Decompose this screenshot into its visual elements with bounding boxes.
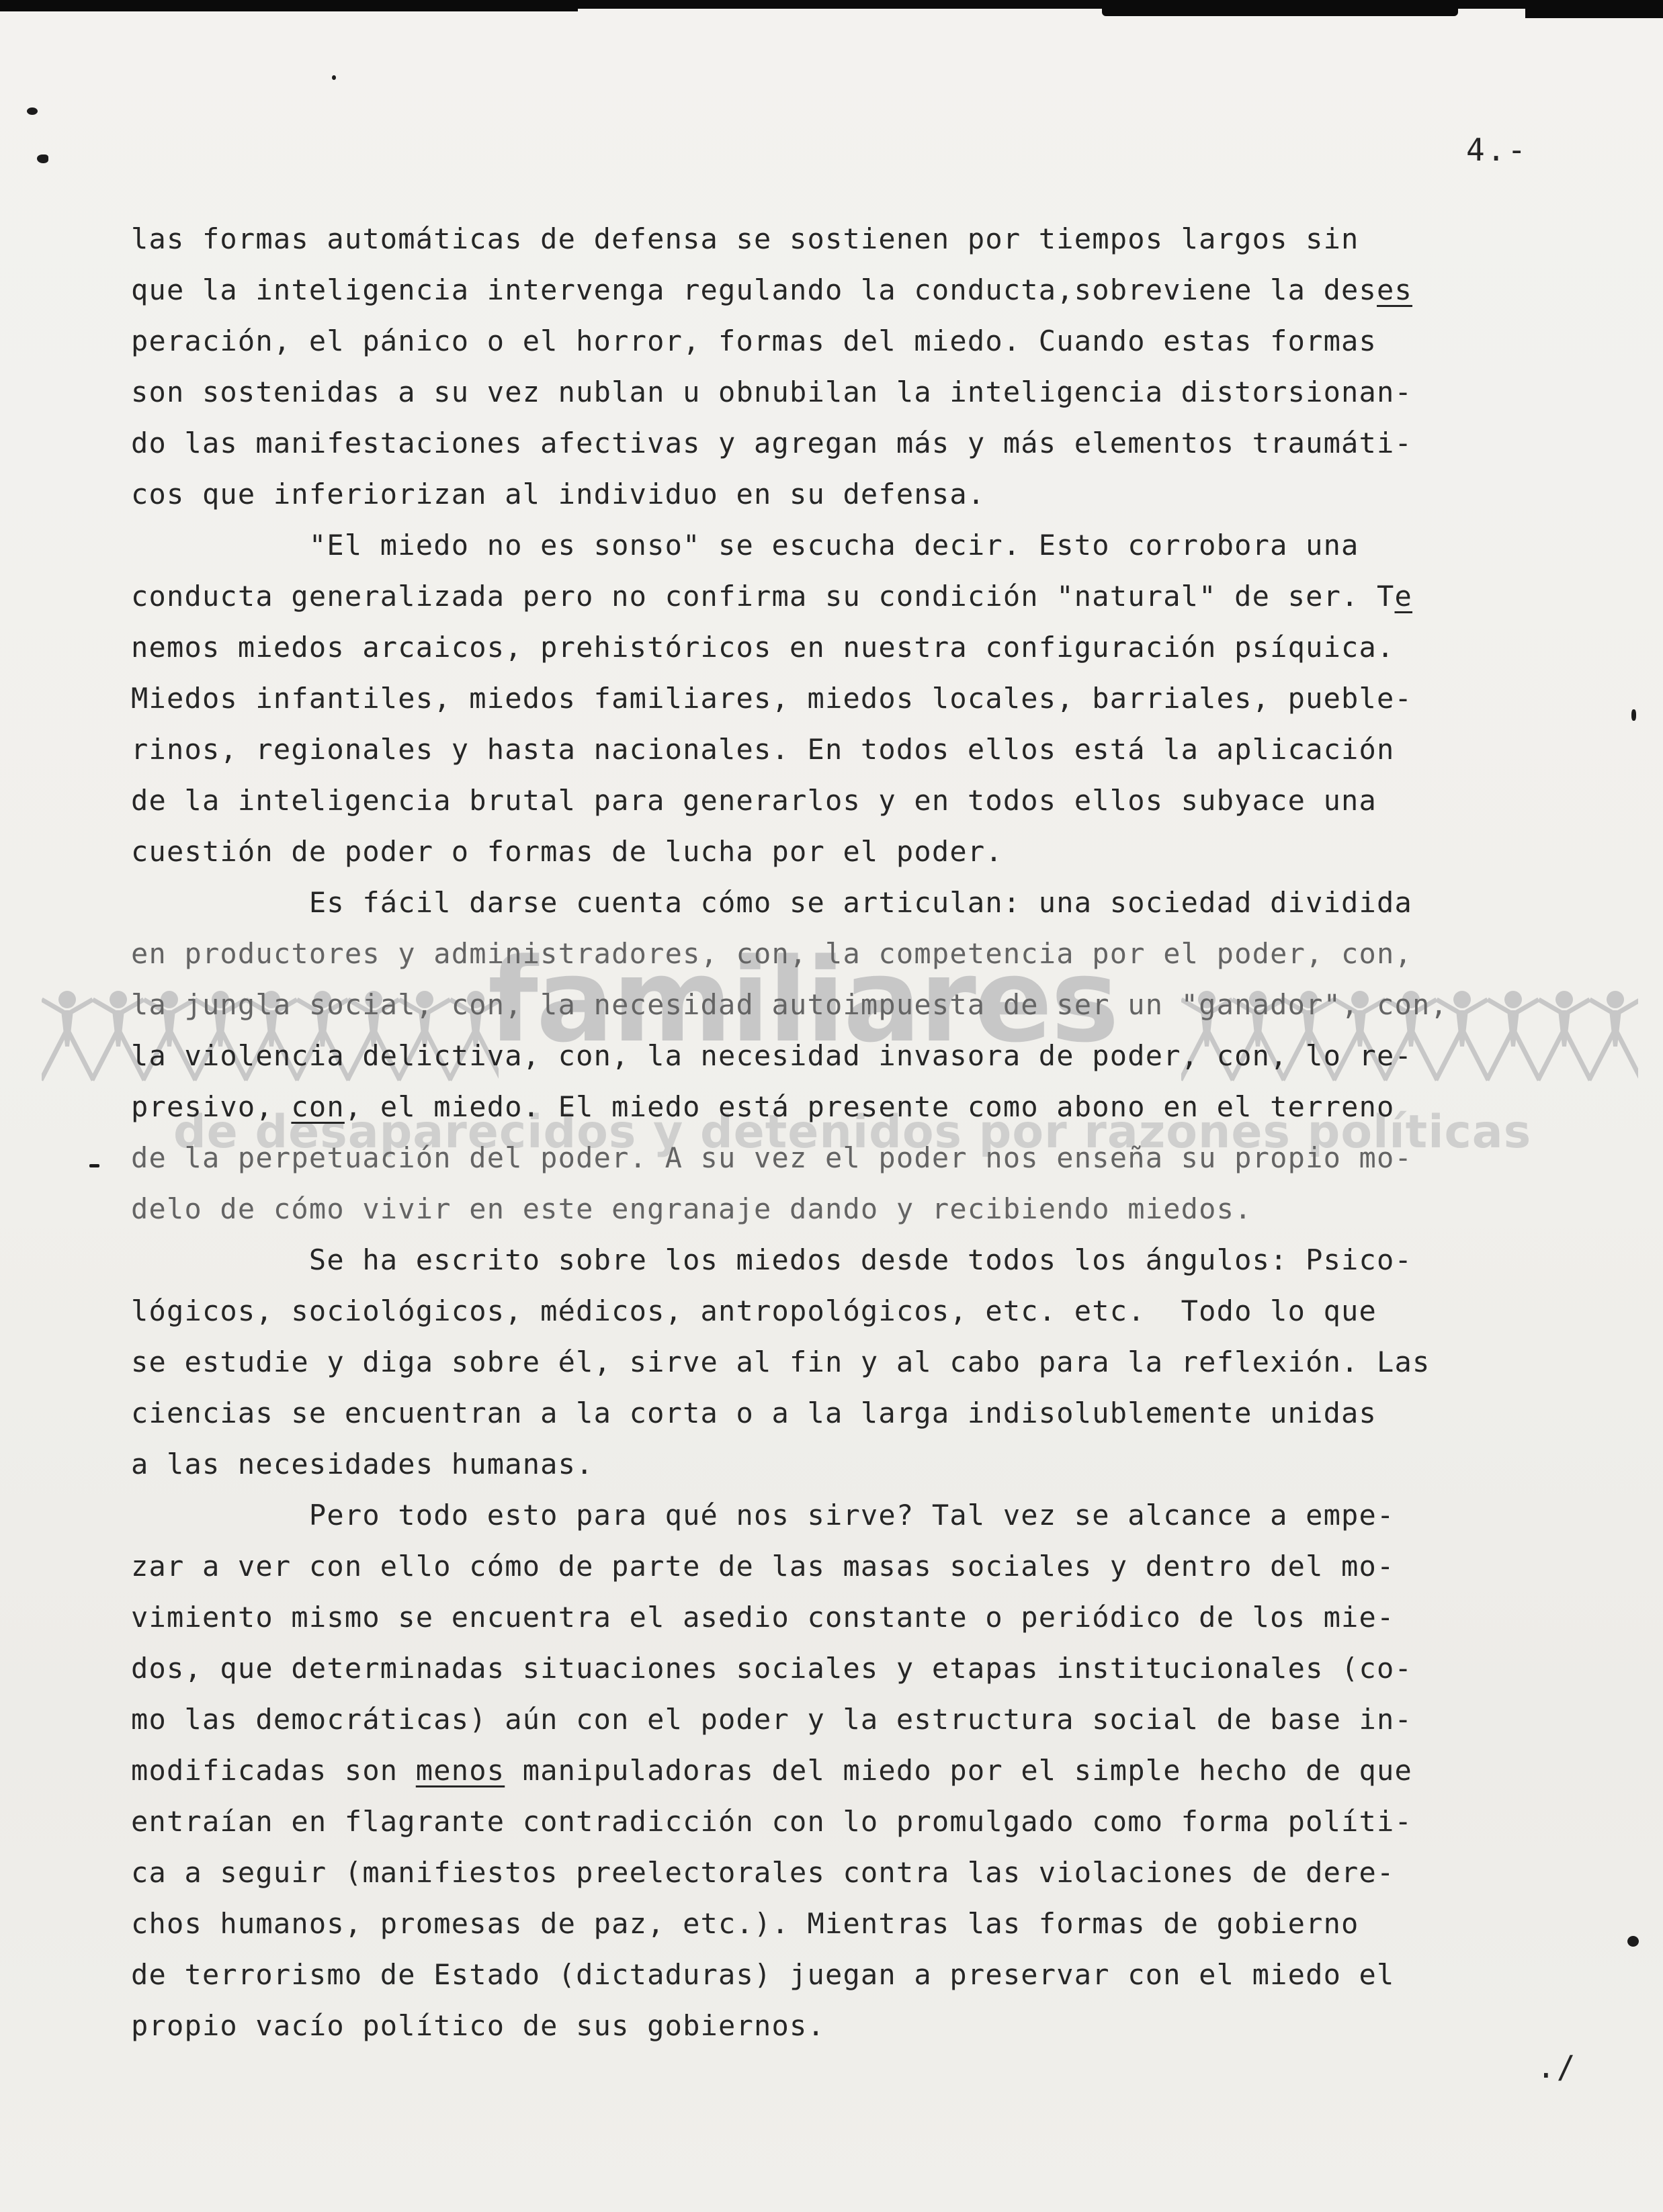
text-line: nemos miedos arcaicos, prehistóricos en … <box>131 622 1623 673</box>
text-line: zar a ver con ello cómo de parte de las … <box>131 1541 1623 1592</box>
text-line: Se ha escrito sobre los miedos desde tod… <box>131 1235 1623 1286</box>
ink-speck <box>27 107 38 115</box>
text-line: que la inteligencia intervenga regulando… <box>131 265 1623 316</box>
text-line: modificadas son menos manipuladoras del … <box>131 1745 1623 1796</box>
text-line: lógicos, sociológicos, médicos, antropol… <box>131 1286 1623 1337</box>
text-line: ciencias se encuentran a la corta o a la… <box>131 1388 1623 1439</box>
text-line: de la perpetuación del poder. A su vez e… <box>131 1133 1623 1184</box>
ink-speck <box>1627 1936 1639 1947</box>
text-line: son sostenidas a su vez nublan u obnubil… <box>131 367 1623 418</box>
text-line: do las manifestaciones afectivas y agreg… <box>131 418 1623 469</box>
scan-edge-bar-left <box>0 0 578 11</box>
text-line: mo las democráticas) aún con el poder y … <box>131 1694 1623 1745</box>
text-line: las formas automáticas de defensa se sos… <box>131 214 1623 265</box>
page-number: 4.- <box>1466 132 1528 168</box>
text-line: de la inteligencia brutal para generarlo… <box>131 775 1623 826</box>
ink-speck <box>37 154 48 163</box>
scan-edge-bar-mid <box>1102 0 1458 16</box>
text-line: peración, el pánico o el horror, formas … <box>131 316 1623 367</box>
text-line: vimiento mismo se encuentra el asedio co… <box>131 1592 1623 1643</box>
text-line: a las necesidades humanas. <box>131 1439 1623 1490</box>
text-line: cos que inferiorizan al individuo en su … <box>131 469 1623 520</box>
ink-speck <box>1631 709 1636 721</box>
text-line: se estudie y diga sobre él, sirve al fin… <box>131 1337 1623 1388</box>
text-line: "El miedo no es sonso" se escucha decir.… <box>131 520 1623 571</box>
text-line: Pero todo esto para qué nos sirve? Tal v… <box>131 1490 1623 1541</box>
ink-speck <box>332 75 336 80</box>
text-line: cuestión de poder o formas de lucha por … <box>131 826 1623 877</box>
text-line: chos humanos, promesas de paz, etc.). Mi… <box>131 1898 1623 1949</box>
text-line: Es fácil darse cuenta cómo se articulan:… <box>131 877 1623 928</box>
text-line: entraían en flagrante contradicción con … <box>131 1796 1623 1847</box>
text-line: Miedos infantiles, miedos familiares, mi… <box>131 673 1623 724</box>
text-line: dos, que determinadas situaciones social… <box>131 1643 1623 1694</box>
text-lines: las formas automáticas de defensa se sos… <box>131 214 1623 2051</box>
text-line: de terrorismo de Estado (dictaduras) jue… <box>131 1949 1623 2000</box>
continuation-mark: ./ <box>1537 2049 1576 2085</box>
text-line: la jungla social, con, la necesidad auto… <box>131 979 1623 1030</box>
text-line: conducta generalizada pero no confirma s… <box>131 571 1623 622</box>
text-line: propio vacío político de sus gobiernos. <box>131 2000 1623 2051</box>
text-line: ca a seguir (manifiestos preelectorales … <box>131 1847 1623 1898</box>
text-line: presivo, con, el miedo. El miedo está pr… <box>131 1081 1623 1133</box>
scanned-document-page: familiares de desaparecidos y detenidos … <box>0 0 1663 2212</box>
text-line: rinos, regionales y hasta nacionales. En… <box>131 724 1623 775</box>
text-line: la violencia delictiva, con, la necesida… <box>131 1030 1623 1081</box>
text-line: delo de cómo vivir en este engranaje dan… <box>131 1184 1623 1235</box>
scan-edge-bar-right <box>1525 0 1663 18</box>
text-line: en productores y administradores, con, l… <box>131 928 1623 979</box>
ink-speck <box>89 1164 99 1167</box>
